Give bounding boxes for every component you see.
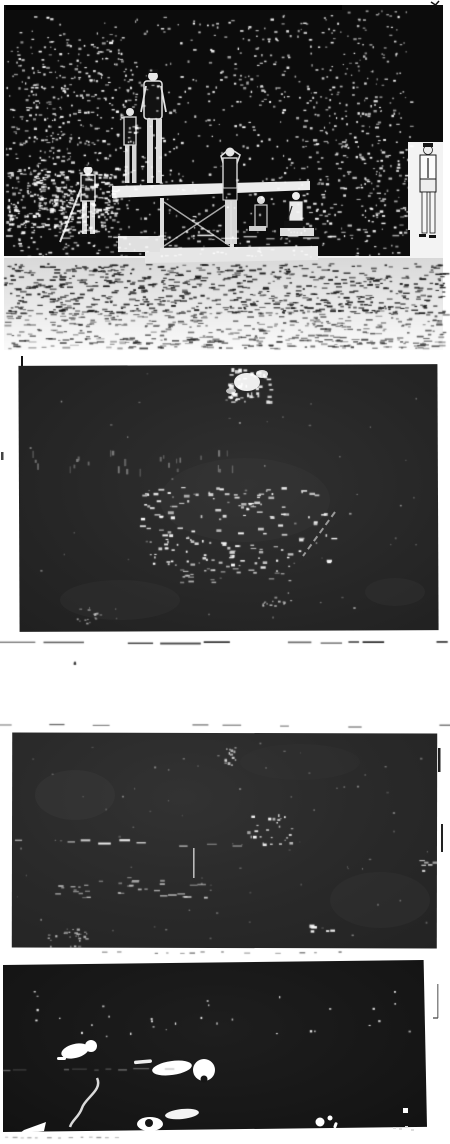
- edge-tick: [21, 356, 23, 366]
- photo-dark-water-sparkle: [18, 364, 438, 632]
- dot: [399, 1128, 402, 1130]
- right-margin-bar: [437, 984, 439, 1018]
- dot: [411, 1129, 414, 1131]
- edge-tick: [1, 452, 4, 460]
- right-margin-bar: [438, 748, 441, 772]
- right-margin-bar: [441, 824, 443, 852]
- right-margin-hook: [433, 1017, 438, 1019]
- photo-dark-water-streaks: [12, 733, 437, 949]
- photo-diving-platform: [4, 5, 443, 350]
- dot: [393, 1127, 396, 1129]
- scanned-page: [0, 0, 450, 1144]
- photo-swimmers: [3, 960, 427, 1132]
